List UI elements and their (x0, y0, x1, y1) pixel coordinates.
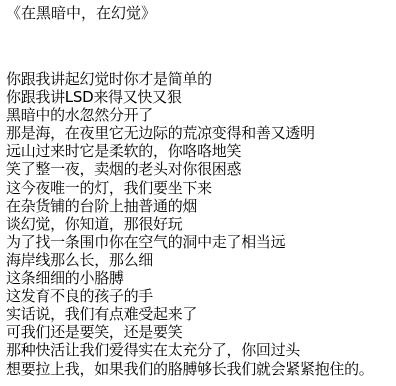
poem-body: 你跟我讲起幻觉时你才是简单的 你跟我讲LSD来得又快又狠 黑暗中的水忽然分开了 … (6, 70, 374, 378)
poem-line: 谈幻觉，你知道，那很好玩 (6, 215, 374, 233)
poem-line: 实话说，我们有点难受起来了 (6, 305, 374, 323)
poem-line: 你跟我讲LSD来得又快又狠 (6, 88, 374, 106)
poem-line: 想要拉上我，如果我们的胳膊够长我们就会紧紧抱住的。 (6, 360, 374, 378)
poem-title: 《在黑暗中，在幻觉》 (6, 4, 156, 22)
poem-line: 为了找一条围巾你在空气的洞中走了相当远 (6, 233, 374, 251)
poem-line: 这发育不良的孩子的手 (6, 287, 374, 305)
poem-line: 远山过来时它是柔软的，你咯咯地笑 (6, 142, 374, 160)
poem-line: 黑暗中的水忽然分开了 (6, 106, 374, 124)
poem-line: 那种快活让我们爱得实在太充分了，你回过头 (6, 341, 374, 359)
poem-line: 那是海，在夜里它无边际的荒凉变得和善又透明 (6, 124, 374, 142)
poem-line: 可我们还是要笑，还是要笑 (6, 323, 374, 341)
poem-line: 这条细细的小胳膊 (6, 269, 374, 287)
poem-line: 在杂货铺的台阶上抽普通的烟 (6, 197, 374, 215)
poem-line: 笑了整一夜，卖烟的老头对你很困惑 (6, 160, 374, 178)
poem-line: 你跟我讲起幻觉时你才是简单的 (6, 70, 374, 88)
poem-line: 这今夜唯一的灯，我们要坐下来 (6, 179, 374, 197)
poem-line: 海岸线那么长，那么细 (6, 251, 374, 269)
